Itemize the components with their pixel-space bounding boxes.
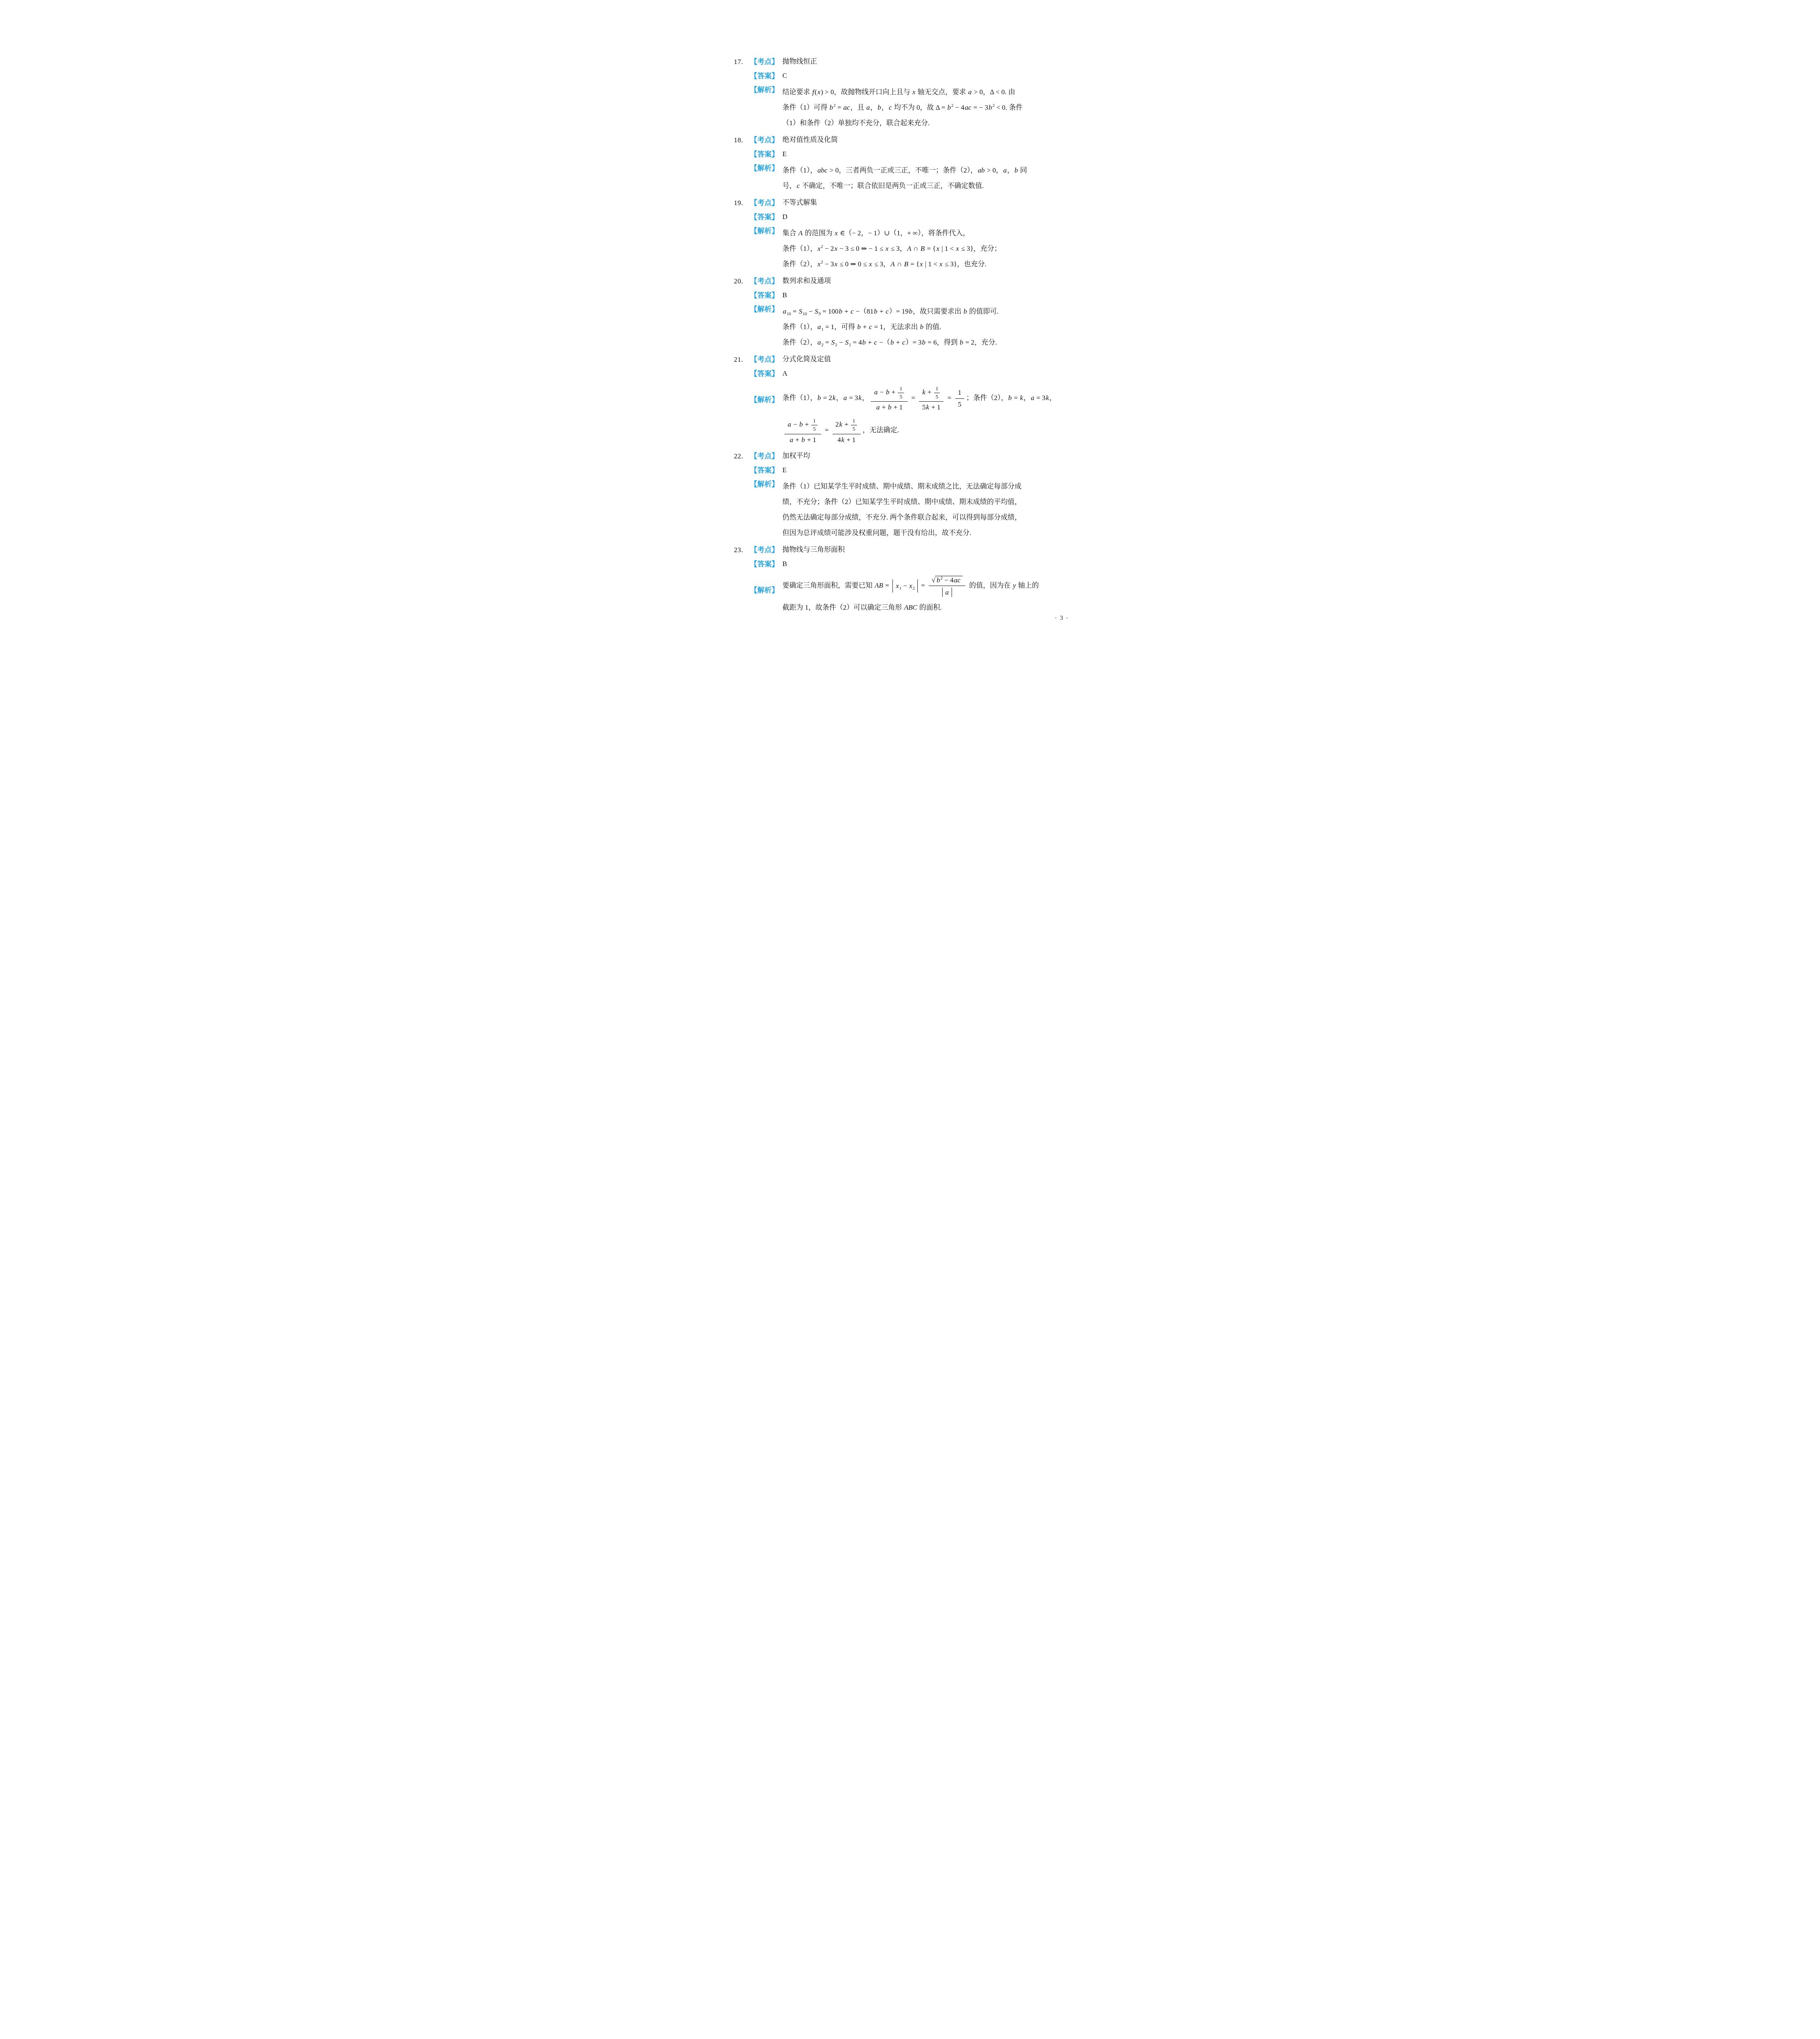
analysis-line: 条件（2），x2 − 3x ≤ 0 ⇒ 0 ≤ x ≤ 3，A ∩ B = {x… bbox=[782, 257, 1089, 272]
solution-item: 20. 【考点】 数列求和及通项 【答案】 B 【解析】 a10 = S10 −… bbox=[734, 276, 1089, 350]
analysis-line: 条件（2），a2 = S2 − S1 = 4b + c −（b + c）= 3b… bbox=[782, 335, 1089, 350]
daan-row: 【答案】 C bbox=[734, 71, 1089, 81]
topic-text: 抛物线与三角形面积 bbox=[782, 544, 845, 555]
analysis-line: 仍然无法确定每部分成绩，不充分. 两个条件联合起来，可以得到每部分成绩， bbox=[782, 510, 1089, 525]
daan-row: 【答案】 E bbox=[734, 149, 1089, 159]
analysis-text: 条件（1），b = 2k，a = 3k，a − b + 15a + b + 1 … bbox=[782, 382, 1089, 447]
jiexi-label: 【解析】 bbox=[750, 585, 779, 595]
jiexi-row: 【解析】 结论要求 f(x) > 0，故抛物线开口向上且与 x 轴无交点，要求 … bbox=[734, 84, 1089, 131]
kaodian-label: 【考点】 bbox=[750, 276, 779, 286]
solution-item: 23. 【考点】 抛物线与三角形面积 【答案】 B 【解析】 要确定三角形面积，… bbox=[734, 544, 1089, 615]
answer-text: E bbox=[782, 465, 786, 475]
solution-item: 19. 【考点】 不等式解集 【答案】 D 【解析】 集合 A 的范围为 x ∈… bbox=[734, 197, 1089, 272]
fraction: 15 bbox=[851, 418, 857, 432]
analysis-text: 集合 A 的范围为 x ∈（− 2，− 1）∪（1，+ ∞），将条件代入，条件（… bbox=[782, 226, 1089, 272]
kaodian-row: 22. 【考点】 加权平均 bbox=[734, 451, 1089, 462]
question-number: 23. bbox=[734, 544, 750, 555]
question-number: 18. bbox=[734, 135, 750, 146]
analysis-line: 条件（1）已知某学生平时成绩、期中成绩、期末成绩之比，无法确定每部分成 bbox=[782, 479, 1089, 494]
analysis-text: a10 = S10 − S9 = 100b + c −（81b + c）= 19… bbox=[782, 304, 1089, 350]
question-number: 17. bbox=[734, 56, 750, 67]
fraction: 2k + 154k + 1 bbox=[833, 417, 861, 444]
fraction: 15 bbox=[811, 418, 817, 432]
daan-row: 【答案】 A bbox=[734, 368, 1089, 379]
solutions-list: 17. 【考点】 抛物线恒正 【答案】 C 【解析】 结论要求 f(x) > 0… bbox=[734, 56, 1089, 615]
analysis-line: 条件（1），b = 2k，a = 3k，a − b + 15a + b + 1 … bbox=[782, 382, 1089, 414]
analysis-line: 但因为总评成绩可能涉及权重问题，题干没有给出，故不充分. bbox=[782, 525, 1089, 541]
absolute-value: a bbox=[942, 588, 952, 597]
page-number: · 3 · bbox=[1055, 615, 1069, 622]
kaodian-label: 【考点】 bbox=[750, 197, 779, 208]
jiexi-row: 【解析】 集合 A 的范围为 x ∈（− 2，− 1）∪（1，+ ∞），将条件代… bbox=[734, 226, 1089, 272]
question-number: 20. bbox=[734, 276, 750, 287]
jiexi-row: 【解析】 条件（1）已知某学生平时成绩、期中成绩、期末成绩之比，无法确定每部分成… bbox=[734, 479, 1089, 541]
analysis-line: 集合 A 的范围为 x ∈（− 2，− 1）∪（1，+ ∞），将条件代入， bbox=[782, 226, 1089, 241]
jiexi-label: 【解析】 bbox=[750, 394, 779, 405]
kaodian-label: 【考点】 bbox=[750, 354, 779, 365]
analysis-line: a10 = S10 − S9 = 100b + c −（81b + c）= 19… bbox=[782, 304, 1089, 319]
jiexi-row: 【解析】 条件（1），b = 2k，a = 3k，a − b + 15a + b… bbox=[734, 382, 1089, 447]
solution-item: 18. 【考点】 绝对值性质及化简 【答案】 E 【解析】 条件（1），abc … bbox=[734, 135, 1089, 194]
answer-text: B bbox=[782, 290, 787, 301]
analysis-line: 条件（1）可得 b2 = ac，且 a，b，c 均不为 0，故 Δ = b2 −… bbox=[782, 100, 1089, 115]
jiexi-label: 【解析】 bbox=[750, 226, 779, 236]
analysis-text: 条件（1）已知某学生平时成绩、期中成绩、期末成绩之比，无法确定每部分成绩，不充分… bbox=[782, 479, 1089, 541]
kaodian-row: 19. 【考点】 不等式解集 bbox=[734, 197, 1089, 208]
kaodian-row: 18. 【考点】 绝对值性质及化简 bbox=[734, 135, 1089, 146]
answer-text: D bbox=[782, 212, 787, 222]
fraction: k + 155k + 1 bbox=[919, 385, 943, 411]
answer-text: A bbox=[782, 368, 787, 379]
analysis-line: （1）和条件（2）单独均不充分，联合起来充分. bbox=[782, 115, 1089, 131]
question-number: 21. bbox=[734, 354, 750, 365]
analysis-text: 结论要求 f(x) > 0，故抛物线开口向上且与 x 轴无交点，要求 a > 0… bbox=[782, 84, 1089, 131]
daan-label: 【答案】 bbox=[750, 212, 779, 222]
analysis-text: 条件（1），abc > 0，三者两负一正或三正，不唯一；条件（2），ab > 0… bbox=[782, 163, 1089, 194]
kaodian-row: 23. 【考点】 抛物线与三角形面积 bbox=[734, 544, 1089, 555]
absolute-value: x1 − x2 bbox=[892, 579, 918, 593]
fraction: 15 bbox=[898, 385, 904, 400]
fraction: a − b + 15a + b + 1 bbox=[784, 417, 821, 444]
daan-label: 【答案】 bbox=[750, 71, 779, 81]
solution-item: 17. 【考点】 抛物线恒正 【答案】 C 【解析】 结论要求 f(x) > 0… bbox=[734, 56, 1089, 131]
daan-row: 【答案】 B bbox=[734, 559, 1089, 569]
daan-row: 【答案】 D bbox=[734, 212, 1089, 222]
jiexi-row: 【解析】 a10 = S10 − S9 = 100b + c −（81b + c… bbox=[734, 304, 1089, 350]
answer-text: E bbox=[782, 149, 786, 159]
daan-label: 【答案】 bbox=[750, 149, 779, 159]
analysis-text: 要确定三角形面积，需要已知 AB = x1 − x2 = √b2 − 4aca … bbox=[782, 573, 1089, 615]
kaodian-label: 【考点】 bbox=[750, 451, 779, 461]
answer-text: C bbox=[782, 71, 787, 81]
topic-text: 不等式解集 bbox=[782, 197, 817, 208]
kaodian-label: 【考点】 bbox=[750, 56, 779, 67]
topic-text: 加权平均 bbox=[782, 451, 810, 461]
analysis-line: 要确定三角形面积，需要已知 AB = x1 − x2 = √b2 − 4aca … bbox=[782, 573, 1089, 600]
daan-row: 【答案】 E bbox=[734, 465, 1089, 475]
question-number: 19. bbox=[734, 197, 750, 208]
daan-label: 【答案】 bbox=[750, 368, 779, 379]
fraction: 15 bbox=[955, 388, 965, 409]
daan-row: 【答案】 B bbox=[734, 290, 1089, 301]
analysis-line: 条件（1），a1 = 1，可得 b + c = 1，无法求出 b 的值. bbox=[782, 319, 1089, 335]
analysis-line: 结论要求 f(x) > 0，故抛物线开口向上且与 x 轴无交点，要求 a > 0… bbox=[782, 84, 1089, 100]
daan-label: 【答案】 bbox=[750, 290, 779, 301]
fraction: 15 bbox=[934, 385, 940, 400]
jiexi-label: 【解析】 bbox=[750, 479, 779, 489]
kaodian-row: 20. 【考点】 数列求和及通项 bbox=[734, 276, 1089, 287]
solution-item: 22. 【考点】 加权平均 【答案】 E 【解析】 条件（1）已知某学生平时成绩… bbox=[734, 451, 1089, 541]
analysis-line: 绩，不充分；条件（2）已知某学生平时成绩、期中成绩、期末成绩的平均值， bbox=[782, 494, 1089, 510]
topic-text: 绝对值性质及化简 bbox=[782, 135, 838, 145]
jiexi-label: 【解析】 bbox=[750, 304, 779, 314]
analysis-line: a − b + 15a + b + 1 = 2k + 154k + 1，无法确定… bbox=[782, 414, 1089, 447]
page: 17. 【考点】 抛物线恒正 【答案】 C 【解析】 结论要求 f(x) > 0… bbox=[682, 0, 1137, 641]
analysis-line: 截距为 1，故条件（2）可以确定三角形 ABC 的面积. bbox=[782, 600, 1089, 615]
fraction: a − b + 15a + b + 1 bbox=[871, 385, 908, 411]
question-number: 22. bbox=[734, 451, 750, 462]
kaodian-label: 【考点】 bbox=[750, 135, 779, 145]
jiexi-label: 【解析】 bbox=[750, 84, 779, 95]
solution-item: 21. 【考点】 分式化简及定值 【答案】 A 【解析】 条件（1），b = 2… bbox=[734, 354, 1089, 447]
kaodian-row: 21. 【考点】 分式化简及定值 bbox=[734, 354, 1089, 365]
analysis-line: 号，c 不确定，不唯一；联合依旧是两负一正或三正，不确定数值. bbox=[782, 178, 1089, 194]
daan-label: 【答案】 bbox=[750, 559, 779, 569]
jiexi-label: 【解析】 bbox=[750, 163, 779, 173]
analysis-line: 条件（1），abc > 0，三者两负一正或三正，不唯一；条件（2），ab > 0… bbox=[782, 163, 1089, 178]
answer-text: B bbox=[782, 559, 787, 569]
square-root: √b2 − 4ac bbox=[932, 576, 963, 584]
topic-text: 数列求和及通项 bbox=[782, 276, 831, 286]
kaodian-label: 【考点】 bbox=[750, 544, 779, 555]
analysis-line: 条件（1），x2 − 2x − 3 ≤ 0 ⇒ − 1 ≤ x ≤ 3，A ∩ … bbox=[782, 241, 1089, 257]
fraction: √b2 − 4aca bbox=[929, 575, 965, 597]
topic-text: 抛物线恒正 bbox=[782, 56, 817, 67]
jiexi-row: 【解析】 条件（1），abc > 0，三者两负一正或三正，不唯一；条件（2），a… bbox=[734, 163, 1089, 194]
jiexi-row: 【解析】 要确定三角形面积，需要已知 AB = x1 − x2 = √b2 − … bbox=[734, 573, 1089, 615]
topic-text: 分式化简及定值 bbox=[782, 354, 831, 365]
daan-label: 【答案】 bbox=[750, 465, 779, 475]
kaodian-row: 17. 【考点】 抛物线恒正 bbox=[734, 56, 1089, 67]
